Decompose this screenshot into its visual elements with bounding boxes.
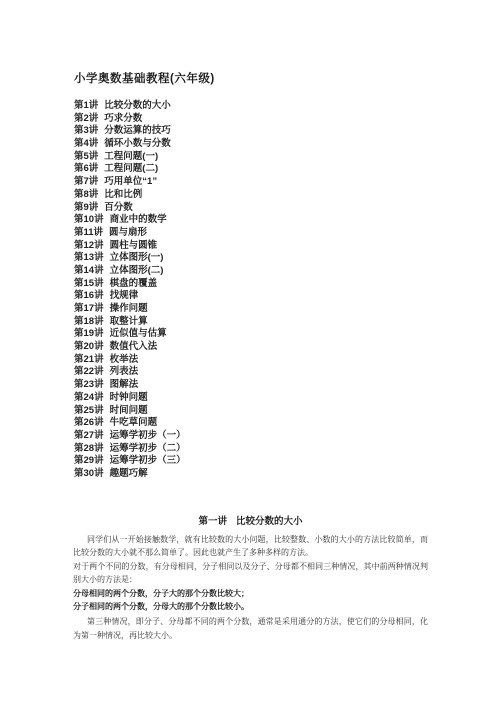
toc-item: 第2讲巧求分数 (74, 113, 186, 126)
toc-item-title: 立体图形(二) (110, 265, 164, 276)
toc-item: 第17讲操作问题 (74, 303, 186, 316)
toc-item-number: 第25讲 (74, 405, 104, 418)
toc-item: 第23讲图解法 (74, 379, 186, 392)
toc-item-title: 时钟问题 (110, 392, 148, 403)
toc-item-title: 列表法 (110, 366, 139, 377)
toc-item-title: 趣题巧解 (110, 468, 148, 479)
toc-item-number: 第15讲 (74, 278, 104, 291)
toc-item-number: 第11讲 (74, 227, 103, 240)
rule-statement: 分子相同的两个分数，分母大的那个分数比较小。 (73, 600, 428, 613)
toc-item: 第9讲百分数 (74, 202, 186, 215)
toc-item-number: 第12讲 (74, 240, 104, 253)
toc-item-title: 运筹学初步（一） (110, 430, 186, 441)
toc-item-number: 第30讲 (74, 468, 104, 481)
toc-item: 第12讲圆柱与圆锥 (74, 240, 186, 253)
toc-item: 第1讲比较分数的大小 (74, 100, 186, 113)
section-heading: 第一讲比较分数的大小 (73, 513, 428, 527)
document-title: 小学奥数基础教程(六年级) (74, 70, 215, 86)
toc-item-number: 第1讲 (74, 100, 98, 113)
toc-item: 第25讲时间问题 (74, 405, 186, 418)
toc-item: 第28讲运筹学初步（二） (74, 443, 186, 456)
toc-item-number: 第27讲 (74, 430, 104, 443)
toc-item-title: 图解法 (110, 379, 139, 390)
toc-item-number: 第24讲 (74, 392, 104, 405)
toc-item-title: 循环小数与分数 (104, 138, 171, 149)
toc-item-number: 第5讲 (74, 151, 98, 164)
toc-item: 第16讲找规律 (74, 290, 186, 303)
toc-item-number: 第16讲 (74, 290, 104, 303)
toc-item-title: 比较分数的大小 (104, 100, 171, 111)
rule-statement: 分母相同的两个分数，分子大的那个分数比较大； (73, 587, 428, 600)
toc-item-title: 枚举法 (110, 354, 139, 365)
toc-item-number: 第14讲 (74, 265, 104, 278)
toc-item-number: 第8讲 (74, 189, 98, 202)
body-paragraph: 同学们从一开始接触数学，就有比较数的大小问题，比较整数、小数的大小的方法比较简单… (73, 533, 428, 560)
toc-item-title: 找规律 (110, 290, 139, 301)
toc-item-title: 商业中的数学 (110, 214, 167, 225)
toc-item-number: 第29讲 (74, 455, 104, 468)
toc-item-title: 分数运算的技巧 (104, 125, 171, 136)
toc-item-number: 第7讲 (74, 176, 98, 189)
toc-item: 第3讲分数运算的技巧 (74, 125, 186, 138)
toc-item-title: 比和比例 (104, 189, 142, 200)
toc-item-number: 第13讲 (74, 252, 104, 265)
toc-item-number: 第10讲 (74, 214, 104, 227)
toc-item-title: 工程问题(一) (104, 151, 158, 162)
toc-item: 第19讲近似值与估算 (74, 328, 186, 341)
toc-item-number: 第28讲 (74, 443, 104, 456)
toc-item-title: 运筹学初步（三） (110, 455, 186, 466)
toc-item-title: 巧求分数 (104, 113, 142, 124)
toc-item: 第24讲时钟问题 (74, 392, 186, 405)
toc-item-title: 运筹学初步（二） (110, 443, 186, 454)
toc-list: 第1讲比较分数的大小第2讲巧求分数第3讲分数运算的技巧第4讲循环小数与分数第5讲… (74, 100, 186, 481)
toc-item: 第6讲工程问题(二) (74, 163, 186, 176)
toc-item-title: 时间问题 (110, 405, 148, 416)
toc-item-number: 第26讲 (74, 417, 104, 430)
toc-item-title: 牛吃草问题 (110, 417, 158, 428)
body-paragraph: 对于两个不同的分数，有分母相同，分子相同以及分子、分母都不相同三种情况，其中前两… (73, 560, 428, 587)
toc-item-title: 立体图形(一) (110, 252, 164, 263)
toc-item: 第13讲立体图形(一) (74, 252, 186, 265)
toc-item-title: 数值代入法 (110, 341, 158, 352)
toc-item: 第27讲运筹学初步（一） (74, 430, 186, 443)
toc-item: 第22讲列表法 (74, 366, 186, 379)
toc-item-title: 圆与扇形 (109, 227, 147, 238)
toc-item: 第15讲棋盘的覆盖 (74, 278, 186, 291)
toc-item: 第20讲数值代入法 (74, 341, 186, 354)
toc-item: 第26讲牛吃草问题 (74, 417, 186, 430)
toc-item-number: 第18讲 (74, 316, 104, 329)
toc-item-title: 取整计算 (110, 316, 148, 327)
lecture-section: 第一讲比较分数的大小 同学们从一开始接触数学，就有比较数的大小问题，比较整数、小… (73, 513, 428, 642)
toc-item-number: 第9讲 (74, 202, 98, 215)
toc-item-title: 百分数 (104, 202, 133, 213)
toc-item-title: 工程问题(二) (104, 163, 158, 174)
toc-item: 第4讲循环小数与分数 (74, 138, 186, 151)
toc-item-number: 第6讲 (74, 163, 98, 176)
toc-item-title: 巧用单位“1” (104, 176, 157, 187)
body-paragraph: 第三种情况，即分子、分母都不同的两个分数，通常是采用通分的方法，使它们的分母相同… (73, 615, 428, 642)
toc-item-number: 第3讲 (74, 125, 98, 138)
toc-item-title: 圆柱与圆锥 (110, 240, 158, 251)
toc-item: 第7讲巧用单位“1” (74, 176, 186, 189)
toc-item-number: 第20讲 (74, 341, 104, 354)
document-page: 小学奥数基础教程(六年级) 第1讲比较分数的大小第2讲巧求分数第3讲分数运算的技… (0, 0, 500, 707)
toc-item: 第10讲商业中的数学 (74, 214, 186, 227)
toc-item: 第29讲运筹学初步（三） (74, 455, 186, 468)
toc-item-number: 第23讲 (74, 379, 104, 392)
toc-item: 第11讲圆与扇形 (74, 227, 186, 240)
toc-item: 第8讲比和比例 (74, 189, 186, 202)
toc-item-number: 第17讲 (74, 303, 104, 316)
section-heading-num: 第一讲 (198, 516, 227, 527)
section-heading-title: 比较分数的大小 (236, 516, 303, 527)
toc-item-title: 操作问题 (110, 303, 148, 314)
toc-item-title: 近似值与估算 (110, 328, 167, 339)
toc-item: 第30讲趣题巧解 (74, 468, 186, 481)
toc-item-title: 棋盘的覆盖 (110, 278, 158, 289)
toc-item-number: 第22讲 (74, 366, 104, 379)
toc-item: 第14讲立体图形(二) (74, 265, 186, 278)
toc-item: 第21讲枚举法 (74, 354, 186, 367)
toc-item-number: 第4讲 (74, 138, 98, 151)
toc-item-number: 第19讲 (74, 328, 104, 341)
toc-item-number: 第2讲 (74, 113, 98, 126)
toc-item: 第5讲工程问题(一) (74, 151, 186, 164)
toc-item-number: 第21讲 (74, 354, 104, 367)
toc-item: 第18讲取整计算 (74, 316, 186, 329)
section-paragraphs: 同学们从一开始接触数学，就有比较数的大小问题，比较整数、小数的大小的方法比较简单… (73, 533, 428, 642)
